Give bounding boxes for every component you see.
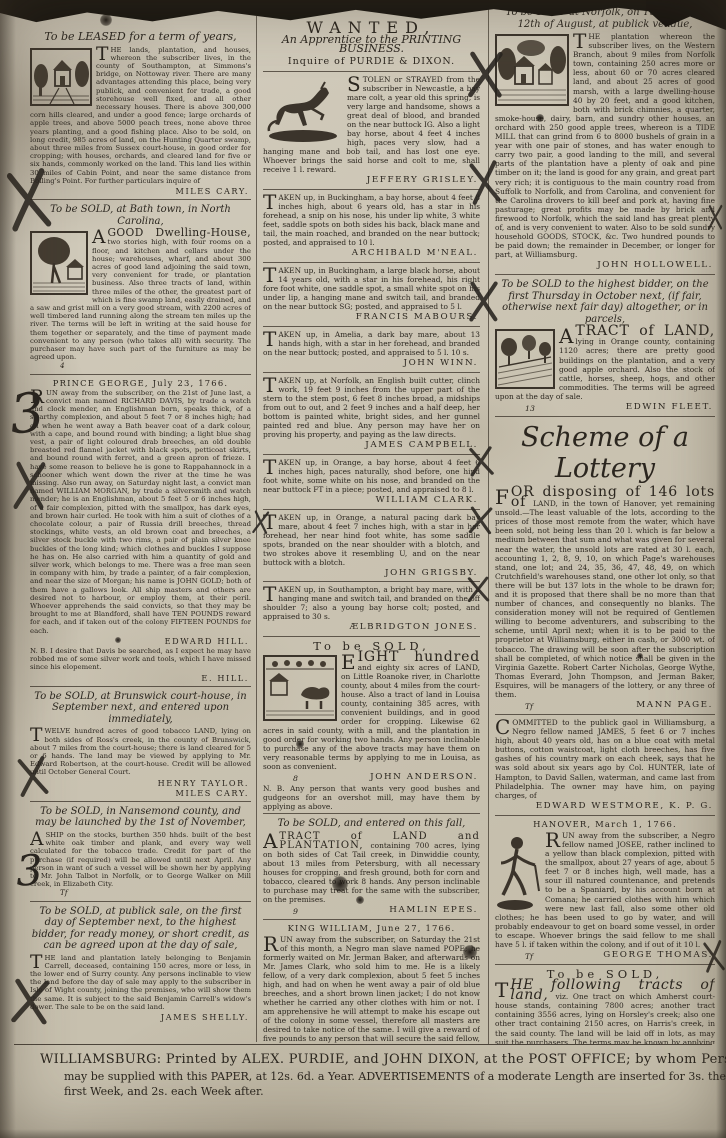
ad-text: RUN away from the subscriber, on Saturda… [263, 935, 480, 1044]
ad-block: To be LEASED for a term of years,THE lan… [30, 30, 251, 197]
signature: JAMES CAMPBELL. [365, 440, 478, 451]
signatory-name: JOHN GRIGSBY. [385, 568, 478, 579]
ad-block: To be SOLD at Norfolk, on Tuesday the 12… [495, 6, 715, 272]
ad-divider [263, 262, 480, 263]
ad-lead: TRACT of LAND, [575, 323, 715, 339]
column-2: WANTED,An Apprentice to the PRINTING BUS… [263, 20, 480, 1044]
newspaper-page: To be LEASED for a term of years,THE lan… [0, 0, 726, 1138]
ad-text: STOLEN or STRAYED from the subscriber in… [263, 75, 480, 174]
drop-capital: E [341, 653, 358, 670]
ad-text: THE lands, plantation, and houses, where… [30, 46, 251, 185]
ad-heading: To be SOLD, at Bath town, in North Carol… [30, 204, 251, 227]
ad-heading: To be SOLD to the highest bidder, on the… [495, 279, 715, 325]
signature: HAMLIN EPES. [389, 905, 478, 916]
ad-block: STOLEN or STRAYED from the subscriber in… [263, 75, 480, 187]
signatory-name: GEORGE THOMAS. [603, 950, 713, 961]
signature: MILES CARY. [176, 186, 249, 196]
ad-heading: KING WILLIAM, June 27, 1766. [263, 924, 480, 933]
signature-row: JAMES SHELLY. [30, 1012, 249, 1022]
drop-capital: R [30, 389, 46, 405]
drop-capital: R [263, 935, 280, 952]
signatory-name: EDWIN FLEET. [626, 402, 713, 413]
ad-divider [495, 815, 715, 816]
ad-text: THE following tracts of land, viz. One t… [495, 981, 715, 1044]
ad-text: TWELVE hundred acres of good tobacco LAN… [30, 727, 251, 776]
ad-block: TAKEN up, in Orange, a natural pacing da… [263, 513, 480, 580]
signatory-name: EDWARD WESTMORE, K. P. G. [536, 801, 713, 812]
ad-block: TAKEN up, in Buckingham, a bay horse, ab… [263, 193, 480, 260]
signatory-name: JAMES SHELLY. [161, 1012, 249, 1022]
column-1: To be LEASED for a term of years,THE lan… [30, 30, 251, 1042]
signature: JOHN ANDERSON. [370, 772, 478, 783]
drop-capital: A [263, 832, 279, 849]
ad-block: To be SOLD to the highest bidder, on the… [495, 278, 715, 414]
drop-capital: T [263, 266, 278, 283]
signature: EDWARD WESTMORE, K. P. G. [536, 801, 713, 812]
signature-row: 9HAMLIN EPES. [263, 905, 478, 916]
ad-divider [263, 636, 480, 637]
ad-block: PRINCE GEORGE, July 23, 1766.RUN away fr… [30, 378, 251, 684]
signature-row: ARCHIBALD M'NEAL. [263, 248, 478, 259]
drop-capital: T [30, 727, 44, 743]
signatory-name: ÆLBRIDGTON JONES. [349, 622, 478, 633]
ad-heading: WANTED, [263, 23, 480, 32]
ad-divider [30, 199, 251, 200]
printer-mark: 13 [495, 404, 535, 413]
signature-row: WILLIAM CLARK. [263, 495, 478, 506]
signatory-name: MILES CARY. [158, 788, 249, 798]
signatory-name: FRANCIS MABOURS. [356, 312, 478, 323]
signature-row: MILES CARY. [30, 186, 249, 196]
signature: EDWARD HILL. [165, 636, 249, 646]
ad-text: TAKEN up, in Amelia, a dark bay mare, ab… [263, 330, 480, 357]
ad-divider [263, 372, 480, 373]
ad-heading: To be SOLD, in Nansemond county, and may… [30, 806, 251, 829]
signatory-name: HENRY TAYLOR. [158, 778, 249, 788]
imprint-line-1: WILLIAMSBURG: Printed by ALEX. PURDIE, a… [40, 1052, 705, 1067]
drop-capital: A [559, 327, 575, 344]
ad-block: TAKEN up, at Norfolk, an English built c… [263, 376, 480, 452]
ad-lead: IGHT hundred [358, 649, 480, 665]
signature: EDWIN FLEET. [626, 402, 713, 413]
ad-divider [30, 374, 251, 375]
ad-divider [495, 964, 715, 965]
ad-text: A TRACT of LAND, lying in Orange county,… [495, 327, 715, 401]
ad-block: WANTED,An Apprentice to the PRINTING BUS… [263, 20, 480, 69]
imprint-line-2: may be supplied with this PAPER, at 12s.… [40, 1070, 705, 1083]
ad-text: N. B. Any person that wants very good bu… [263, 784, 480, 811]
ad-divider [495, 714, 715, 715]
drop-capital: T [573, 32, 588, 49]
ad-divider [30, 801, 251, 802]
ad-divider [263, 581, 480, 582]
signature: MANN PAGE. [636, 700, 713, 711]
rural-figures-woodcut [263, 655, 337, 721]
ad-divider [30, 901, 251, 902]
ad-divider [495, 416, 715, 417]
signatory-name: EDWARD HILL. [165, 636, 249, 646]
drop-capital: T [96, 46, 110, 62]
signature-row: JEFFERY GRISLEY. [263, 175, 478, 186]
ad-heading: To be LEASED for a term of years, [30, 31, 251, 44]
imprint-footer: WILLIAMSBURG: Printed by ALEX. PURDIE, a… [40, 1052, 705, 1098]
ad-text: EIGHT hundred and eighty six acres of LA… [263, 653, 480, 771]
column-3: To be SOLD at Norfolk, on Tuesday the 12… [495, 6, 715, 1044]
printer-mark: Tf [495, 702, 533, 711]
signature-row: EDWARD WESTMORE, K. P. G. [495, 801, 713, 812]
ad-block: To be SOLD, and entered on this fall,A T… [263, 817, 480, 916]
signatory-name: JOHN HOLLOWELL. [597, 260, 713, 271]
ad-divider [263, 919, 480, 920]
signature-row: EDWARD HILL. [30, 636, 249, 646]
ad-text: TAKEN up, in Orange, a bay horse, about … [263, 458, 480, 494]
ad-block: TAKEN up, in Buckingham, a large black h… [263, 266, 480, 324]
ad-divider [263, 189, 480, 190]
imprint-line-3: first Week, and 2s. each Week after. [40, 1085, 705, 1098]
signature-row: JOHN WINN. [263, 358, 478, 369]
ad-divider [263, 71, 480, 72]
ad-text: THE land and plantation lately belonging… [30, 954, 251, 1011]
signature: ARCHIBALD M'NEAL. [352, 248, 478, 259]
drop-capital: T [263, 193, 278, 210]
ad-block: TAKEN up, in Southampton, a bright bay m… [263, 585, 480, 634]
estate-house-woodcut [495, 34, 569, 106]
ad-block: KING WILLIAM, June 27, 1766.RUN away fro… [263, 923, 480, 1044]
column-divider-left [256, 16, 257, 1042]
signature-row: 8JOHN ANDERSON. [263, 772, 478, 783]
horse-woodcut [263, 77, 343, 143]
ad-block: TAKEN up, in Orange, a bay horse, about … [263, 458, 480, 507]
signature: FRANCIS MABOURS. [356, 312, 478, 323]
signatory-name: HAMLIN EPES. [389, 905, 478, 916]
printer-mark: Tf [30, 889, 68, 897]
drop-capital: F [495, 488, 511, 505]
signature-row: 4 [30, 362, 249, 370]
ad-lead: HE following tracts of land, [510, 977, 715, 1003]
signature: E. HILL. [201, 673, 249, 683]
ad-text: TAKEN up, in Orange, a natural pacing da… [263, 513, 480, 567]
ad-text: TAKEN up, in Buckingham, a large black h… [263, 266, 480, 311]
signature-row: E. HILL. [30, 673, 249, 683]
signatory-name: ARCHIBALD M'NEAL. [352, 248, 478, 259]
ad-heading: To be SOLD, at Brunswick court-house, in… [30, 691, 251, 726]
left-edge-shadow [0, 0, 16, 1138]
drop-capital: T [263, 585, 278, 602]
signature-row: JOHN HOLLOWELL. [495, 260, 713, 271]
ad-text: TAKEN up, in Buckingham, a bay horse, ab… [263, 193, 480, 247]
signature: JOHN HOLLOWELL. [597, 260, 713, 271]
ad-heading: An Apprentice to the PRINTING BUSINESS. [263, 35, 480, 53]
ad-block: To be SOLD,THE following tracts of land,… [495, 968, 715, 1044]
printer-mark: 8 [263, 774, 298, 783]
signature: JEFFERY GRISLEY. [367, 175, 478, 186]
printer-mark: 9 [263, 907, 298, 916]
ad-text: FOR disposing of 146 lots of LAND, in th… [495, 488, 715, 699]
ad-text: A TRACT of LAND and PLANTATION, containi… [263, 832, 480, 904]
signatory-name: JAMES CAMPBELL. [365, 440, 478, 451]
printer-mark: 4 [30, 362, 65, 370]
signature: ÆLBRIDGTON JONES. [349, 622, 478, 633]
orchard-woodcut [495, 329, 555, 389]
ad-heading: PRINCE GEORGE, July 23, 1766. [30, 379, 251, 387]
printer-mark: Tf [495, 952, 533, 961]
signature: HENRY TAYLOR.MILES CARY. [158, 778, 249, 798]
signature: JOHN WINN. [403, 358, 478, 369]
drop-capital: S [347, 75, 363, 92]
ad-text: RUN away from the subscriber, a Negro fe… [495, 831, 715, 949]
signature: JOHN GRIGSBY. [385, 568, 478, 579]
drop-capital: A [92, 229, 107, 245]
farmhouse-lane-woodcut [30, 48, 92, 106]
drop-capital: A [30, 831, 45, 847]
signatory-name: MILES CARY. [176, 186, 249, 196]
tree-house-woodcut [30, 231, 88, 295]
ad-block: To be SOLD, at Bath town, in North Carol… [30, 203, 251, 371]
ad-divider [263, 326, 480, 327]
ad-heading: Scheme of a Lottery [495, 422, 715, 484]
ad-text: A SHIP on the stocks, burthen 350 hhds. … [30, 831, 251, 888]
ad-lead: OR disposing of 146 lots of [511, 484, 715, 510]
footer-rule [14, 1044, 712, 1045]
ad-text: A GOOD Dwelling-House, two stories high,… [30, 229, 251, 361]
ad-divider [263, 813, 480, 814]
ad-lead: TRACT of LAND and PLANTATION, [279, 831, 480, 851]
ink-stain [100, 14, 112, 26]
signatory-name: E. HILL. [201, 673, 249, 683]
drop-capital: T [263, 513, 278, 530]
ad-heading: To be SOLD, at publick sale, on the firs… [30, 906, 251, 952]
ad-block: To be SOLD,EIGHT hundred and eighty six … [263, 640, 480, 811]
signature-row: Tf [30, 889, 249, 897]
ad-block: Scheme of a LotteryFOR disposing of 146 … [495, 420, 715, 712]
signature-row: TfMANN PAGE. [495, 700, 713, 711]
drop-capital: C [495, 718, 512, 735]
ad-heading: Inquire of PURDIE & DIXON. [263, 57, 480, 66]
signature-row: TfGEORGE THOMAS. [495, 950, 713, 961]
drop-capital: T [263, 330, 278, 347]
ad-block: HANOVER, March 1, 1766.RUN away from the… [495, 819, 715, 962]
signature-row: JAMES CAMPBELL. [263, 440, 478, 451]
ad-block: COMMITTED to the publick gaol in William… [495, 718, 715, 813]
signature-row: JOHN GRIGSBY. [263, 568, 478, 579]
drop-capital: T [263, 376, 278, 393]
running-man-woodcut [495, 833, 541, 911]
ad-block: TAKEN up, in Amelia, a dark bay mare, ab… [263, 330, 480, 370]
signatory-name: MANN PAGE. [636, 700, 713, 711]
ad-lead: GOOD Dwelling-House, [107, 226, 251, 239]
signatory-name: JOHN ANDERSON. [370, 772, 478, 783]
ad-divider [495, 274, 715, 275]
ad-divider [30, 686, 251, 687]
ad-block: To be SOLD, in Nansemond county, and may… [30, 805, 251, 899]
ad-heading: To be SOLD, and entered on this fall, [263, 818, 480, 830]
ad-heading: HANOVER, March 1, 1766. [495, 820, 715, 829]
signature: WILLIAM CLARK. [376, 495, 478, 506]
signature-row: ÆLBRIDGTON JONES. [263, 622, 478, 633]
ad-block: To be SOLD, at Brunswick court-house, in… [30, 690, 251, 799]
bottom-edge-shadow [0, 1129, 726, 1138]
ad-text: COMMITTED to the publick gaol in William… [495, 718, 715, 800]
ad-text: N. B. I desire that Davis be searched, a… [30, 647, 251, 672]
signature-row: HENRY TAYLOR.MILES CARY. [30, 778, 249, 798]
ad-text: THE plantation whereon the subscriber li… [495, 32, 715, 259]
column-divider-right [488, 4, 489, 1044]
ad-text: TAKEN up, at Norfolk, an English built c… [263, 376, 480, 439]
signature-row: 13EDWIN FLEET. [495, 402, 713, 413]
signature: JAMES SHELLY. [161, 1012, 249, 1022]
drop-capital: T [495, 981, 510, 998]
drop-capital: R [545, 831, 562, 848]
signatory-name: JEFFERY GRISLEY. [367, 175, 478, 186]
ad-text: RUN away from the subscriber, on the 21s… [30, 389, 251, 635]
signature-row: FRANCIS MABOURS. [263, 312, 478, 323]
ad-divider [263, 454, 480, 455]
signatory-name: JOHN WINN. [403, 358, 478, 369]
drop-capital: T [263, 458, 278, 475]
signatory-name: WILLIAM CLARK. [376, 495, 478, 506]
right-edge-shadow [716, 0, 726, 1138]
ad-text: TAKEN up, in Southampton, a bright bay m… [263, 585, 480, 621]
ad-divider [263, 509, 480, 510]
drop-capital: T [30, 954, 44, 970]
signature: GEORGE THOMAS. [603, 950, 713, 961]
ad-block: To be SOLD, at publick sale, on the firs… [30, 905, 251, 1024]
